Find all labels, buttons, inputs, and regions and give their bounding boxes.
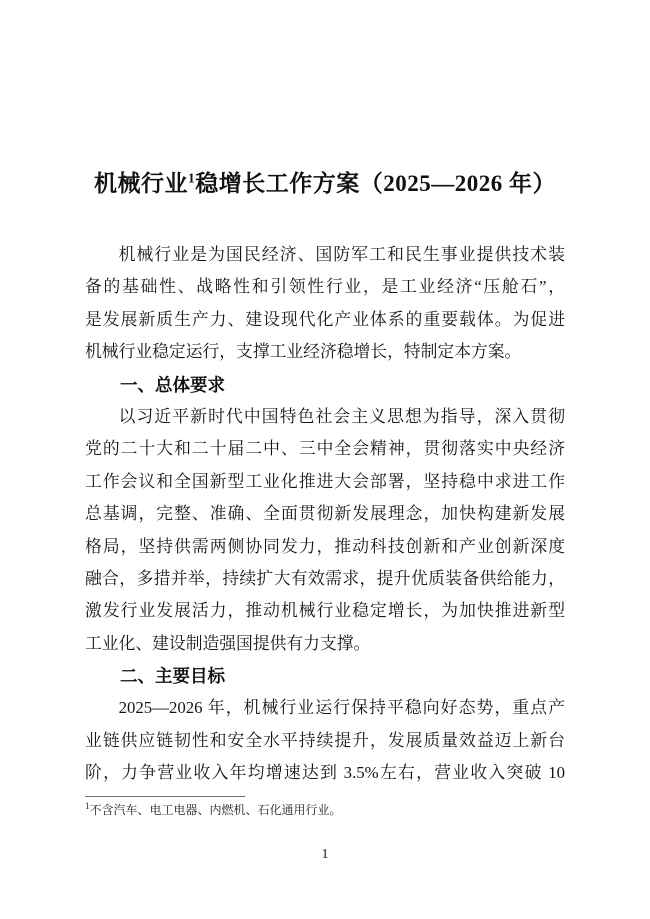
text-line: 融合，多措并举，持续扩大有效需求，提升优质装备供给能力， <box>85 563 565 595</box>
text-line: 总基调，完整、准确、全面贯彻新发展理念，加快构建新发展 <box>85 498 565 530</box>
footnote-separator-rule <box>85 796 245 797</box>
document-page: 机械行业1稳增长工作方案（2025—2026 年） 机械行业是为国民经济、国防军… <box>0 0 650 919</box>
footnote-area: 1不含汽车、电工电器、内燃机、石化通用行业。 <box>85 796 565 820</box>
section-heading-2: 二、主要目标 <box>85 660 565 692</box>
text-line: 备的基础性、战略性和引领性行业，是工业经济“压舱石”， <box>85 271 565 303</box>
text-line: 激发行业发展活力，推动机械行业稳定增长，为加快推进新型 <box>85 595 565 627</box>
title-text-pre: 机械行业 <box>94 171 188 196</box>
intro-paragraph: 机械行业是为国民经济、国防军工和民生事业提供技术装备的基础性、战略性和引领性行业… <box>85 239 565 369</box>
footnote-text: 不含汽车、电工电器、内燃机、石化通用行业。 <box>90 803 342 817</box>
page-number: 1 <box>0 845 650 865</box>
footnote-line: 1不含汽车、电工电器、内燃机、石化通用行业。 <box>85 800 565 820</box>
document-title: 机械行业1稳增长工作方案（2025—2026 年） <box>0 163 650 205</box>
text-line: 格局，坚持供需两侧协同发力，推动科技创新和产业创新深度 <box>85 531 565 563</box>
section-1-paragraph: 以习近平新时代中国特色社会主义思想为指导，深入贯彻党的二十大和二十届二中、三中全… <box>85 401 565 660</box>
text-line: 工作会议和全国新型工业化推进大会部署，坚持稳中求进工作 <box>85 466 565 498</box>
text-line: 以习近平新时代中国特色社会主义思想为指导，深入贯彻 <box>85 401 565 433</box>
document-body: 机械行业是为国民经济、国防军工和民生事业提供技术装备的基础性、战略性和引领性行业… <box>85 239 565 790</box>
text-line: 阶，力争营业收入年均增速达到 3.5%左右，营业收入突破 10 <box>85 757 565 789</box>
text-line: 党的二十大和二十届二中、三中全会精神，贯彻落实中央经济 <box>85 433 565 465</box>
text-line: 业链供应链韧性和安全水平持续提升，发展质量效益迈上新台 <box>85 725 565 757</box>
section-2-paragraph: 2025—2026 年，机械行业运行保持平稳向好态势，重点产业链供应链韧性和安全… <box>85 692 565 789</box>
text-line: 机械行业是为国民经济、国防军工和民生事业提供技术装 <box>85 239 565 271</box>
section-heading-1: 一、总体要求 <box>85 369 565 401</box>
text-line: 2025—2026 年，机械行业运行保持平稳向好态势，重点产 <box>85 692 565 724</box>
text-line: 机械行业稳定运行，支撑工业经济稳增长，特制定本方案。 <box>85 336 565 368</box>
text-line: 工业化、建设制造强国提供有力支撑。 <box>85 628 565 660</box>
text-line: 是发展新质生产力、建设现代化产业体系的重要载体。为促进 <box>85 304 565 336</box>
title-text-post: 稳增长工作方案（2025—2026 年） <box>195 171 556 196</box>
